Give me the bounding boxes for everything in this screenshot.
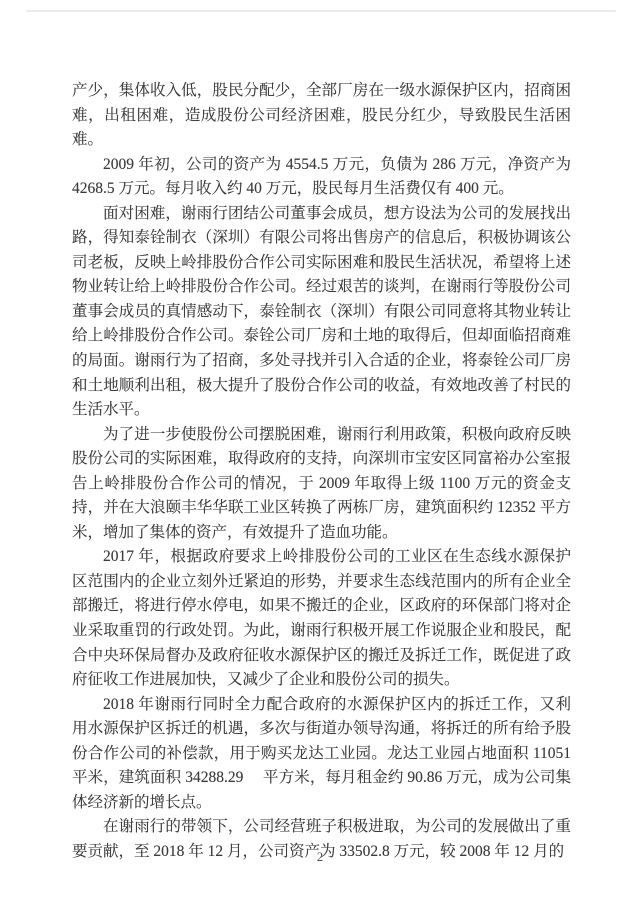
scan-artifact-line bbox=[26, 10, 616, 12]
paragraph: 为了进一步使股份公司摆脱困难，谢雨行利用政策，积极向政府反映股份公司的实际困难，… bbox=[72, 423, 571, 546]
paragraph: 2017 年，根据政府要求上岭排股份公司的工业区在生态线水源保护区范围内的企业立… bbox=[72, 545, 571, 692]
document-body: 产少，集体收入低，股民分配少，全部厂房在一级水源保护区内，招商困难，出租困难，造… bbox=[72, 79, 571, 865]
paragraph: 产少，集体收入低，股民分配少，全部厂房在一级水源保护区内，招商困难，出租困难，造… bbox=[72, 79, 571, 153]
paragraph: 2018 年谢雨行同时全力配合政府的水源保护区内的拆迁工作，又利用水源保护区拆迁… bbox=[72, 693, 571, 816]
paragraph: 2009 年初，公司的资产为 4554.5 万元，负债为 286 万元，净资产为… bbox=[72, 153, 571, 202]
document-page: 产少，集体收入低，股民分配少，全部厂房在一级水源保护区内，招商困难，出租困难，造… bbox=[0, 0, 640, 906]
paragraph: 面对困难，谢雨行团结公司董事会成员，想方设法为公司的发展找出路，得知泰铨制衣（深… bbox=[72, 202, 571, 423]
page-number: 2 bbox=[0, 850, 640, 865]
